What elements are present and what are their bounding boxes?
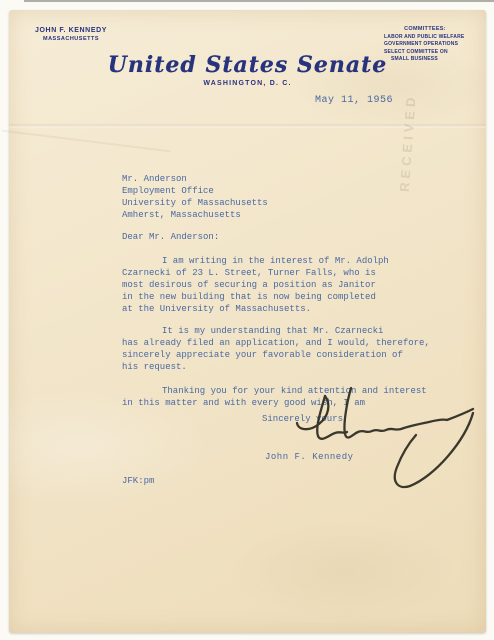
recipient-line: University of Massachusetts bbox=[122, 197, 454, 209]
paragraph-1: I am writing in the interest of Mr. Adol… bbox=[122, 255, 454, 315]
paragraph-line: has already filed an application, and I … bbox=[122, 337, 454, 349]
scan-edge-artifact bbox=[24, 0, 494, 2]
paper-crease bbox=[9, 124, 486, 128]
paragraph-2: It is my understanding that Mr. Czarneck… bbox=[122, 325, 454, 373]
recipient-line: Amherst, Massachusetts bbox=[122, 209, 454, 221]
paragraph-line: his request. bbox=[122, 361, 454, 373]
letter-paper: JOHN F. KENNEDY MASSACHUSETTS COMMITTEES… bbox=[9, 10, 486, 633]
salutation: Dear Mr. Anderson: bbox=[122, 231, 454, 243]
sender-name: JOHN F. KENNEDY bbox=[35, 27, 107, 34]
paragraph-line: sincerely appreciate your favorable cons… bbox=[122, 349, 454, 361]
letter-body: Mr. AndersonEmployment OfficeUniversity … bbox=[122, 173, 454, 409]
committee-line: LABOR AND PUBLIC WELFARE bbox=[384, 34, 466, 40]
typed-signature-name: John F. Kennedy bbox=[265, 452, 354, 462]
paragraph-line: I am writing in the interest of Mr. Adol… bbox=[122, 255, 454, 267]
sender-state: MASSACHUSETTS bbox=[35, 36, 107, 42]
paragraph-line: most desirous of securing a position as … bbox=[122, 279, 454, 291]
signature-ink bbox=[295, 386, 477, 492]
reference-initials: JFK:pm bbox=[122, 476, 154, 486]
paragraph-line: Czarnecki of 23 L. Street, Turner Falls,… bbox=[122, 267, 454, 279]
committee-line: GOVERNMENT OPERATIONS bbox=[384, 41, 466, 47]
committees-heading: COMMITTEES: bbox=[384, 26, 466, 32]
paragraph-line: in the new building that is now being co… bbox=[122, 291, 454, 303]
masthead-city: WASHINGTON, D. C. bbox=[9, 80, 486, 87]
letter-date: May 11, 1956 bbox=[315, 95, 393, 106]
jfk-signature bbox=[295, 386, 477, 492]
paragraph-line: at the University of Massachusetts. bbox=[122, 303, 454, 315]
recipient-line: Employment Office bbox=[122, 185, 454, 197]
recipient-line: Mr. Anderson bbox=[122, 173, 454, 185]
recipient-address-block: Mr. AndersonEmployment OfficeUniversity … bbox=[122, 173, 454, 221]
paragraph-line: It is my understanding that Mr. Czarneck… bbox=[122, 325, 454, 337]
masthead-title: United States Senate bbox=[9, 52, 486, 78]
letterhead-sender-block: JOHN F. KENNEDY MASSACHUSETTS bbox=[35, 27, 107, 42]
paper-crease-diagonal bbox=[2, 130, 171, 153]
scanned-letter-page: { "letterhead": { "sender_name": "JOHN F… bbox=[0, 0, 494, 640]
